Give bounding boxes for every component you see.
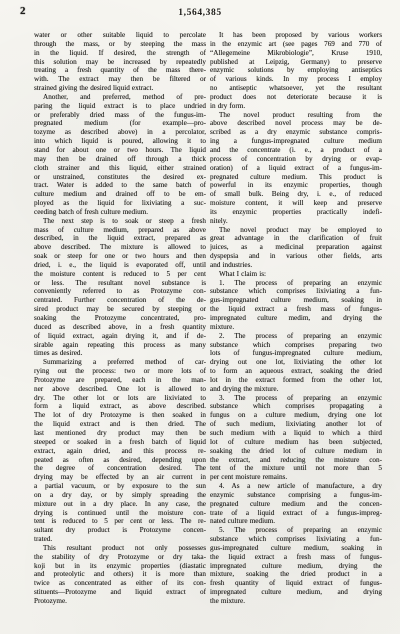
text-line-content: rying out the process: two or more lots … [34,367,206,375]
text-line: or less. The resultant novel substance i… [34,279,206,288]
text-line-content: enzymic substance comprising a fungus-im… [210,491,382,499]
text-line-content: its enzymic properties practically indef… [210,208,382,216]
text-line-content: the liquid extract a fresh mass of fungu… [210,553,382,561]
text-line: 4. As a new article of manufacture, a dr… [210,482,382,491]
text-line: Another, and preferred, method of pre- [34,93,206,102]
patent-number: 1,564,385 [0,8,400,18]
text-line: tent is reduced to 5 per cent or less. T… [34,517,206,526]
text-line-content: substance which comprises preparing two [210,341,382,349]
text-line: drying out one lot, lixiviating the othe… [210,358,382,367]
text-line: trate of a liquid extract of a fungus-im… [210,509,382,518]
text-line: the liquid extract a fresh mass of fungu… [210,305,382,314]
text-line: the stability of dry Protozyme or dry ta… [34,553,206,562]
text-line: the mixture.130 [210,597,382,606]
text-line-content: mixture, soaking the dried product in a [210,570,382,578]
text-line-content: soak or steep for one or two hours and t… [34,252,206,260]
text-line-content: oration) of a liquid extract of a fungus… [210,164,382,172]
text-line-content: sirable again repeating this process as … [34,341,206,349]
text-line: conveniently referred to as Protozyme co… [34,287,206,296]
text-line: dyspepsia and in various other fields, a… [210,252,382,261]
text-line: The lot of dry Protozyme is then soaked … [34,411,206,420]
text-line-content: the extract, and reducing the moisture c… [210,456,382,464]
text-line-content: enzymic solutions by employing antisepti… [210,66,382,74]
text-line-content: soaking the Protozyme concentrated, pro- [34,314,206,322]
text-line-content: treating a fresh quantity of the mass th… [34,66,206,74]
text-line: gus-impregnated culture medium, soaking … [210,296,382,305]
text-line: sired product may be secured by steeping… [34,305,206,314]
text-line: substance which comprises lixiviating a … [210,535,382,544]
text-line: in the enzymic art (see pages 769 and 77… [210,40,382,49]
text-line: per cent moisture remains. [210,473,382,482]
text-line: 3. The process of preparing an enzymic [210,394,382,403]
text-line-content: of small bulk. Being dry, i. e., of redu… [210,190,382,198]
text-line: Protozyme. [34,597,206,606]
text-line-content: cloth strainer and this liquid, either s… [34,164,206,172]
text-line-content: fresh quantity of liquid extract of fung… [210,579,382,587]
text-line-content: last mentioned dry product may then be [34,429,206,437]
text-line: The novel product may be employed to [210,226,382,235]
text-line-content: trated. [34,535,52,543]
text-line-content: 1. The process of preparing an enzymic [219,279,382,287]
text-line: rying out the process: two or more lots … [34,367,206,376]
text-line: product does not deteriorate because it … [210,93,382,102]
text-line-content: 5. The process of preparing an enzymic [219,526,382,534]
text-line: culture medium and drained off to be em- [34,190,206,199]
text-line-content: The lot of dry Protozyme is then soaked … [34,411,206,419]
patent-page: 2 1,564,385 water or other suitable liqu… [0,0,400,634]
text-line-content: sultant dry product is Protozyme concen- [34,526,206,534]
text-line-content: of such medium, lixiviating another lot … [210,420,382,428]
text-line-content: the stability of dry Protozyme or dry ta… [34,553,206,561]
text-line: times as desired. [34,349,206,358]
text-line: ployed as the liquid for lixiviating a s… [34,199,206,208]
text-line-content: the liquid extract and is then dried. Th… [34,420,206,428]
text-line-content: in the liquid. If desired, the strength … [34,49,206,57]
text-line-content: in the enzymic art (see pages 769 and 77… [210,40,382,48]
text-line: fresh quantity of liquid extract of fung… [210,579,382,588]
text-line: Summarizing a preferred method of car- [34,358,206,367]
text-line: pregnated culture medium. This product i… [210,173,382,182]
text-line-content: times as desired. [34,349,82,357]
text-line-content: or unstrained, constitutes the desired e… [34,173,206,181]
text-line-content: gus-impregnated culture medium, soaking … [210,544,382,552]
text-line-content: product does not deteriorate because it … [210,93,382,101]
text-line: drying is continued until the moisture c… [34,509,206,518]
text-line-content: sired product may be secured by steeping… [34,305,206,313]
text-line-content: great advantage in the clarification of … [210,234,382,242]
text-line-content: twice as concentrated as either of its c… [34,579,206,587]
text-line-content: soaking the dried lot of culture medium … [210,447,382,455]
text-line-content: dry. The other lot or lots are lixiviate… [34,394,206,402]
text-line: “Allegemeine Mikrobiologie”, Kruse 1910, [210,49,382,58]
text-line: and industries. [210,261,382,270]
text-line-content: 2. The process of preparing an enzymic [219,332,382,340]
text-line-content: dyspepsia and in various other fields, a… [210,252,382,260]
text-line: the moisture content is reduced to 5 per… [34,270,206,279]
text-line: of various kinds. In my process I employ [210,75,382,84]
text-line: of such medium, lixiviating another lot … [210,420,382,429]
text-line-content: pregnated culture medium. This product i… [210,173,382,181]
text-line-content: paring the liquid extract is to place un… [34,102,206,110]
text-line: the extract, and reducing the moisture c… [210,456,382,465]
text-line: sirable again repeating this process as … [34,341,206,350]
text-line: or unstrained, constitutes the desired e… [34,173,206,182]
text-line-content: no antiseptic whatsoever, yet the result… [210,84,382,92]
text-line-content: such medium with a liquid to which a thi… [210,429,382,437]
text-line-content: It has been proposed by various workers [219,31,382,39]
text-line: tozyme as described above) in a percolat… [34,128,206,137]
text-line: in the liquid. If desired, the strength … [34,49,206,58]
text-line-content: tract. Water is added to the same batch … [34,181,206,189]
text-line-content: to form an aqueous extract, soaking the … [210,367,382,375]
text-line-content: powerful in its enzymic properties, thou… [210,181,382,189]
text-line: impregnated culture medium, and drying [210,588,382,597]
text-line-content: on a dry day, or by simply spreading the [34,491,206,499]
text-line-content: centrated. Further concentration of the … [34,296,206,304]
text-line: lots of fungus-impregnated culture mediu… [210,349,382,358]
text-line: dried, i. e., the liquid is evaporated o… [34,261,206,270]
text-line-content: The next step is to soak or steep a fres… [43,217,206,225]
text-line-content: 4. As a new article of manufacture, a dr… [219,482,382,490]
text-line: mixture out in a dry place. In any case,… [34,500,206,509]
text-line-content: lot in the extract formed from the other… [210,376,382,384]
text-line-content: fungus on a culture medium, drying one l… [210,411,382,419]
text-line-content: “Allegemeine Mikrobiologie”, Kruse 1910, [210,49,382,57]
text-line: soak or steep for one or two hours and t… [34,252,206,261]
text-line: 2. The process of preparing an enzymic [210,332,382,341]
text-line: 1. The process of preparing an enzymic [210,279,382,288]
text-line: powerful in its enzymic properties, thou… [210,181,382,190]
text-line-content: substance which comprises lixiviating a … [210,287,382,295]
text-line-content: moisture content, it will keep and prese… [210,199,382,207]
text-line-content: ployed as the liquid for lixiviating a s… [34,199,206,207]
text-line-content: ceeding batch of fresh culture medium. [34,208,148,216]
text-line-content: nitely. [210,217,228,225]
text-line-content: impregnated culture medium, and drying [210,588,382,596]
text-line: with. The extract may then be filtered o… [34,75,206,84]
text-line: of small bulk. Being dry, i. e., of redu… [210,190,382,199]
text-line-content: above described novel process may be de- [210,119,382,127]
text-line-content: the degree of concentration desired. The [34,464,206,472]
text-line: the liquid extract and is then dried. Th… [34,420,206,429]
text-line: gus-impregnated culture medium, soaking … [210,544,382,553]
text-line: koji but in its enzymic properties (dias… [34,562,206,571]
text-line-content: in dry form. [210,102,245,110]
text-line: The novel product resulting from the75 [210,111,382,120]
text-line-content: impregnated culture medium, drying the [210,562,382,570]
text-line-content: lot of culture medium has been subjected… [210,438,382,446]
text-line: the liquid extract a fresh mass of fungu… [210,553,382,562]
text-line: substance which comprises propagating a [210,402,382,411]
text-line-content: may then be drained off through a thick [34,155,206,163]
text-line-content: drying may be effected by an air current… [34,473,206,481]
text-line: strained giving the desired liquid extra… [34,84,206,93]
text-line-content: drying out one lot, lixiviating the othe… [210,358,382,366]
text-line: no antiseptic whatsoever, yet the result… [210,84,382,93]
text-line: and the concentrate (i. e., a product of… [210,146,382,155]
text-line: cloth strainer and this liquid, either s… [34,164,206,173]
text-line-content: or preferably dried mass of the fungus-i… [34,111,206,119]
text-line-content: tozyme as described above) in a percolat… [34,128,206,136]
text-line: nated culture medium. [210,517,382,526]
text-line-content: dried, i. e., the liquid is evaporated o… [34,261,206,269]
text-line: extract, again dried, and this process r… [34,447,206,456]
text-line-content: and proteolytic and others) it is more t… [34,570,206,578]
text-line-content: through the mass, or by steeping the mas… [34,40,206,48]
text-line: the degree of concentration desired. The… [34,464,206,473]
text-line-content: conveniently referred to as Protozyme co… [34,287,206,295]
text-line: lot of culture medium has been subjected… [210,438,382,447]
text-line-content: stand for about one or two hours. The li… [34,146,206,154]
text-line-content: and drying the mixture. [210,385,278,393]
text-line-content: a partial vacuum, or by exposure to the … [34,482,206,490]
text-line-content: ing a fungus-impregnated culture medium [210,137,382,145]
text-line: paring the liquid extract is to place un… [34,102,206,111]
text-line-content: stituents—Protozyme and liquid extract o… [34,588,206,596]
text-line: stituents—Protozyme and liquid extract o… [34,588,206,597]
text-line: impregnated culture medim, and drying th… [210,314,382,323]
text-line: ner above described. One lot is allowed … [34,385,206,394]
text-line-content: Summarizing a preferred method of car- [43,358,206,366]
text-line: a partial vacuum, or by exposure to the … [34,482,206,491]
text-line-content: and industries. [210,261,252,269]
text-line: its enzymic properties practically indef… [210,208,382,217]
text-line: process of concentration by drying or ev… [210,155,382,164]
text-line-content: ner above described. One lot is allowed … [34,385,206,393]
text-line: or preferably dried mass of the fungus-i… [34,111,206,120]
text-line-content: lots of fungus-impregnated culture mediu… [210,349,382,357]
text-line-content: 3. The process of preparing an enzymic [219,394,382,402]
text-line-content: this solution may be increased by repeat… [34,58,206,66]
text-line: last mentioned dry product may then be [34,429,206,438]
text-line: Protozyme are prepared, each in the man-… [34,376,206,385]
text-line: enzymic substance comprising a fungus-im… [210,491,382,500]
text-line: fungus on a culture medium, drying one l… [210,411,382,420]
text-line: mass of culture medium, prepared as abov… [34,226,206,235]
text-line: into which liquid is poured, allowing it… [34,137,206,146]
text-line-content: juices, as a medicinal preparation again… [210,243,382,251]
text-line: may then be drained off through a thick1… [34,155,206,164]
text-line: scribed as a dry enzymic substance compr… [210,128,382,137]
text-line-content: Another, and preferred, method of pre- [43,93,206,101]
text-line-content: What I claim is: [219,270,266,278]
text-line: and proteolytic and others) it is more t… [34,570,206,579]
text-line: above described novel process may be de- [210,119,382,128]
text-line: stand for about one or two hours. The li… [34,146,206,155]
text-line-content: duced as described above, in a fresh qua… [34,323,206,331]
text-line: soaking the dried lot of culture medium … [210,447,382,456]
text-line: water or other suitable liquid to percol… [34,31,206,40]
text-line-content: culture medium and drained off to be em- [34,190,206,198]
text-line-content: the mixture. [210,597,245,605]
text-line: tent of the mixture until not more than … [210,464,382,473]
text-line-content: mixture out in a dry place. In any case,… [34,500,206,508]
text-line: nitely. [210,217,382,226]
text-line: published at Leipzig, Germany) to preser… [210,58,382,67]
text-line-content: Protozyme are prepared, each in the man- [34,376,206,384]
text-line-content: steeped or soaked in a fresh batch of li… [34,438,206,446]
text-line-content: koji but in its enzymic properties (dias… [34,562,206,570]
text-line: such medium with a liquid to which a thi… [210,429,382,438]
text-line: impregnated culture medium, drying the [210,562,382,571]
text-line: drying may be effected by an air current… [34,473,206,482]
text-line-content: tent is reduced to 5 per cent or less. T… [34,517,206,525]
text-line-content: process of concentration by drying or ev… [210,155,382,163]
text-line: juices, as a medicinal preparation again… [210,243,382,252]
text-line: substance which comprises preparing two [210,341,382,350]
text-line-content: Protozyme. [34,597,67,605]
text-line-content: of liquid extract, again drying it, and … [34,332,206,340]
text-line-content: or less. The resultant novel substance i… [34,279,206,287]
text-line-content: The novel product resulting from the [219,111,382,119]
text-line: described, in the liquid extract, prepar… [34,234,206,243]
text-line: treating a fresh quantity of the mass th… [34,66,206,75]
text-line: ing a fungus-impregnated culture medium [210,137,382,146]
text-line: centrated. Further concentration of the … [34,296,206,305]
text-line-content: the moisture content is reduced to 5 per… [34,270,206,278]
text-line: mixture. [210,323,382,332]
text-line-content: form a liquid extract, as above describe… [34,402,206,410]
text-line-content: gus-impregnated culture medium, soaking … [210,296,382,304]
text-line-content: above described. The mixture is allowed … [34,243,206,251]
text-line: trated. [34,535,206,544]
text-line-content: described, in the liquid extract, prepar… [34,234,206,242]
text-line: The next step is to soak or steep a fres… [34,217,206,226]
text-line-content: The novel product may be employed to [219,226,382,234]
text-line: ceeding batch of fresh culture medium. [34,208,206,217]
text-line: duced as described above, in a fresh qua… [34,323,206,332]
text-line-content: drying is continued until the moisture c… [34,509,206,517]
text-line-content: extract, again dried, and this process r… [34,447,206,455]
text-line: tract. Water is added to the same batch … [34,181,206,190]
text-line: enzymic solutions by employing antisepti… [210,66,382,75]
text-line: pregnated medium (for example—pro- [34,119,206,128]
text-line-content: scribed as a dry enzymic substance compr… [210,128,382,136]
text-line-content: This resultant product not only possesse… [43,544,206,552]
text-line-content: the liquid extract a fresh mass of fungu… [210,305,382,313]
text-line-content: pregnated culture medium and the concen- [210,500,382,508]
text-line: sultant dry product is Protozyme concen- [34,526,206,535]
text-line: steeped or soaked in a fresh batch of li… [34,438,206,447]
text-line-content: and the concentrate (i. e., a product of… [210,146,382,154]
text-line-content: water or other suitable liquid to percol… [34,31,206,39]
text-line-content: peated as often as desired, depending up… [34,456,206,464]
text-line: pregnated culture medium and the concen- [210,500,382,509]
text-line: oration) of a liquid extract of a fungus… [210,164,382,173]
text-line-content: strained giving the desired liquid extra… [34,84,153,92]
text-line: peated as often as desired, depending up… [34,456,206,465]
text-line-content: impregnated culture medim, and drying th… [210,314,382,322]
text-line: 5. The process of preparing an enzymic [210,526,382,535]
text-line: above described. The mixture is allowed … [34,243,206,252]
text-line: to form an aqueous extract, soaking the … [210,367,382,376]
text-line: What I claim is: [210,270,382,279]
text-line-content: per cent moisture remains. [210,473,287,481]
left-column: water or other suitable liquid to percol… [34,31,206,606]
text-line: It has been proposed by various workers [210,31,382,40]
text-line: of liquid extract, again drying it, and … [34,332,206,341]
text-line: lot in the extract formed from the other… [210,376,382,385]
text-line: and drying the mixture. [210,385,382,394]
text-line-content: substance which comprises propagating a [210,402,382,410]
text-line-content: with. The extract may then be filtered o… [34,75,206,83]
text-line-content: substance which comprises lixiviating a … [210,535,382,543]
text-line: soaking the Protozyme concentrated, pro- [34,314,206,323]
text-line: in dry form. [210,102,382,111]
text-line-content: published at Leipzig, Germany) to preser… [210,58,382,66]
text-line: through the mass, or by steeping the mas… [34,40,206,49]
text-line: this solution may be increased by repeat… [34,58,206,67]
text-line-content: nated culture medium. [210,517,275,525]
text-line: form a liquid extract, as above describe… [34,402,206,411]
text-line: mixture, soaking the dried product in a [210,570,382,579]
text-line: great advantage in the clarification of … [210,234,382,243]
text-line: This resultant product not only possesse… [34,544,206,553]
text-line-content: mixture. [210,323,234,331]
text-line-content: trate of a liquid extract of a fungus-im… [210,509,382,517]
text-line-content: of various kinds. In my process I employ [210,75,382,83]
text-line: twice as concentrated as either of its c… [34,579,206,588]
text-line-content: tent of the mixture until not more than … [210,464,382,472]
text-line: on a dry day, or by simply spreading the [34,491,206,500]
right-column: It has been proposed by various workersi… [210,31,382,606]
text-line: moisture content, it will keep and prese… [210,199,382,208]
text-line: substance which comprises lixiviating a … [210,287,382,296]
text-line-content: into which liquid is poured, allowing it… [34,137,206,145]
text-line-content: mass of culture medium, prepared as abov… [34,226,206,234]
text-line: dry. The other lot or lots are lixiviate… [34,394,206,403]
text-line-content: pregnated medium (for example—pro- [34,119,206,127]
